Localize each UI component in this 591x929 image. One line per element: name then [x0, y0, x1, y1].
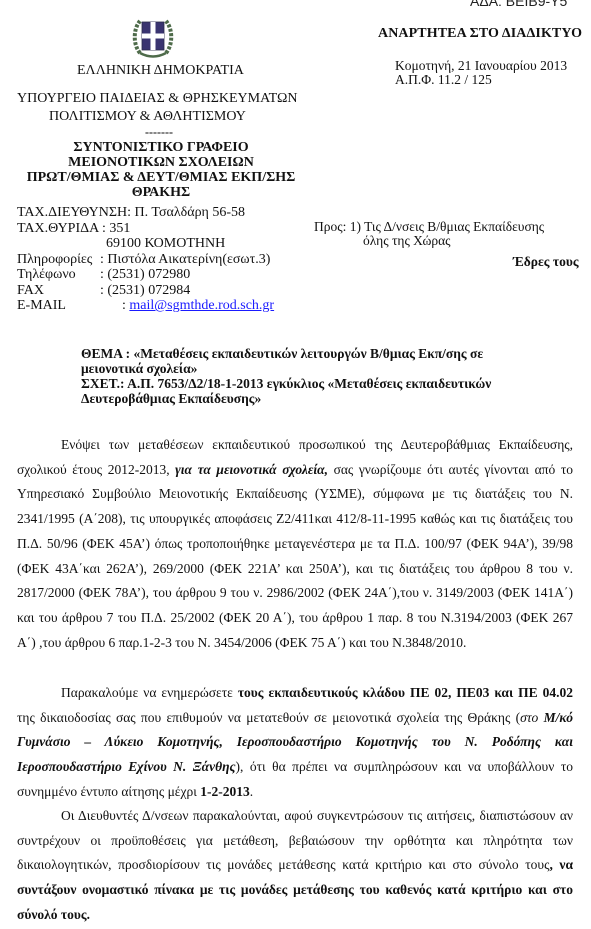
subject-block: ΘΕΜΑ : «Μεταθέσεις εκπαιδευτικών λειτουρ…	[81, 346, 511, 406]
thema-text: «Μεταθέσεις εκπαιδευτικών λειτουργών Β/θ…	[81, 346, 483, 376]
info-row: Πληροφορίες : Πιστόλα Αικατερίνη(εσωτ.3)	[17, 252, 274, 268]
p2-period: .	[250, 784, 253, 799]
contact-block: ΤΑΧ.ΔΙΕΥΘΥΝΣΗ: Π. Τσαλδάρη 56-58 ΤΑΧ.ΘΥΡ…	[17, 205, 274, 314]
email-link[interactable]: mail@sgmthde.rod.sch.gr	[129, 298, 274, 314]
p1-text-cont: σας γνωρίζουμε ότι αυτές γίνονται από το…	[17, 462, 573, 650]
sxet-text: Α.Π. 7653/Δ2/18-1-2013 εγκύκλιος «Μεταθέ…	[81, 376, 491, 406]
office-line: ΣΥΝΤΟΝΙΣΤΙΚΟ ΓΡΑΦΕΙΟ	[26, 140, 296, 155]
office-line: ΠΡΩΤ/ΘΜΙΑΣ & ΔΕΥΤ/ΘΜΙΑΣ ΕΚΠ/ΣΗΣ	[26, 170, 296, 185]
paragraph-2: Παρακαλούμε να ενημερώσετε τους εκπαιδευ…	[17, 681, 573, 805]
p2-emphasis: τους εκπαιδευτικούς κλάδου ΠΕ 02, ΠΕ03 κ…	[238, 685, 573, 700]
protocol-number: Α.Π.Φ. 11.2 / 125	[395, 73, 567, 87]
fax-label: FAX	[17, 283, 100, 299]
recipients-block: Προς: 1) Τις Δ/νσεις Β/θμιας Εκπαίδευσης…	[314, 220, 544, 248]
recipients-line-2: όλης της Χώρας	[314, 234, 544, 248]
info-label: Πληροφορίες	[17, 252, 100, 268]
separator: -------	[145, 125, 173, 140]
posting-note: ΑΝΑΡΤΗΤΕΑ ΣΤΟ ΔΙΑΔΙΚΤΥΟ	[378, 26, 582, 42]
recipients-seats: Έδρες τους	[513, 254, 579, 270]
postal-city: 69100 ΚΟΜΟΤΗΝΗ	[17, 236, 274, 252]
office-heading: ΣΥΝΤΟΝΙΣΤΙΚΟ ΓΡΑΦΕΙΟ ΜΕΙΟΝΟΤΙΚΩΝ ΣΧΟΛΕΙΩ…	[26, 140, 296, 200]
fax-value: : (2531) 072984	[100, 283, 190, 299]
office-line: ΜΕΙΟΝΟΤΙΚΩΝ ΣΧΟΛΕΙΩΝ	[26, 155, 296, 170]
thema-label: ΘΕΜΑ :	[81, 346, 130, 361]
email-colon: :	[122, 298, 126, 314]
address: ΤΑΧ.ΔΙΕΥΘΥΝΣΗ: Π. Τσαλδάρη 56-58	[17, 205, 274, 221]
phone-value: : (2531) 072980	[100, 267, 190, 283]
date-line: Κομοτηνή, 21 Ιανουαρίου 2013	[395, 59, 567, 73]
phone-row: Τηλέφωνο : (2531) 072980	[17, 267, 274, 283]
subject-thema: ΘΕΜΑ : «Μεταθέσεις εκπαιδευτικών λειτουρ…	[81, 346, 511, 376]
ada-code: ΑΔΑ: ΒΕΙΒ9-Υ5	[470, 0, 567, 9]
phone-label: Τηλέφωνο	[17, 267, 100, 283]
recipients-line-1: Προς: 1) Τις Δ/νσεις Β/θμιας Εκπαίδευσης	[314, 220, 544, 234]
p2-text-cont: της δικαιοδοσίας σας που επιθυμούν να με…	[17, 710, 520, 725]
email-label: E-MAIL	[17, 298, 122, 314]
p2-italic: στο	[520, 710, 544, 725]
sxet-label: ΣΧΕΤ.:	[81, 376, 124, 391]
p3-text: Οι Διευθυντές Δ/νσεων παρακαλούνται, αφο…	[17, 808, 573, 872]
office-line: ΘΡΑΚΗΣ	[26, 185, 296, 200]
paragraph-1: Ενόψει των μεταθέσεων εκπαιδευτικού προσ…	[17, 433, 573, 655]
po-box: ΤΑΧ.ΘΥΡΙΔΑ : 351	[17, 221, 274, 237]
greek-coat-of-arms-icon	[131, 13, 175, 60]
fax-row: FAX : (2531) 072984	[17, 283, 274, 299]
ministry-heading: ΥΠΟΥΡΓΕΙΟ ΠΑΙΔΕΙΑΣ & ΘΡΗΣΚΕΥΜΑΤΩΝ ΠΟΛΙΤΙ…	[17, 90, 297, 126]
ministry-line-1: ΥΠΟΥΡΓΕΙΟ ΠΑΙΔΕΙΑΣ & ΘΡΗΣΚΕΥΜΑΤΩΝ	[17, 90, 297, 108]
date-block: Κομοτηνή, 21 Ιανουαρίου 2013 Α.Π.Φ. 11.2…	[395, 59, 567, 87]
paragraph-3: Οι Διευθυντές Δ/νσεων παρακαλούνται, αφο…	[17, 804, 573, 928]
ministry-line-2: ΠΟΛΙΤΙΣΜΟΥ & ΑΘΛΗΤΙΣΜΟΥ	[17, 108, 297, 126]
p1-emphasis: για τα μειονοτικά σχολεία,	[175, 462, 328, 477]
p2-text: Παρακαλούμε να ενημερώσετε	[61, 685, 238, 700]
email-row: E-MAIL : mail@sgmthde.rod.sch.gr	[17, 298, 274, 314]
republic-heading: ΕΛΛΗΝΙΚΗ ΔΗΜΟΚΡΑΤΙΑ	[77, 63, 244, 79]
info-value: : Πιστόλα Αικατερίνη(εσωτ.3)	[100, 252, 270, 268]
p2-deadline: 1-2-2013	[200, 784, 250, 799]
subject-sxet: ΣΧΕΤ.: Α.Π. 7653/Δ2/18-1-2013 εγκύκλιος …	[81, 376, 511, 406]
